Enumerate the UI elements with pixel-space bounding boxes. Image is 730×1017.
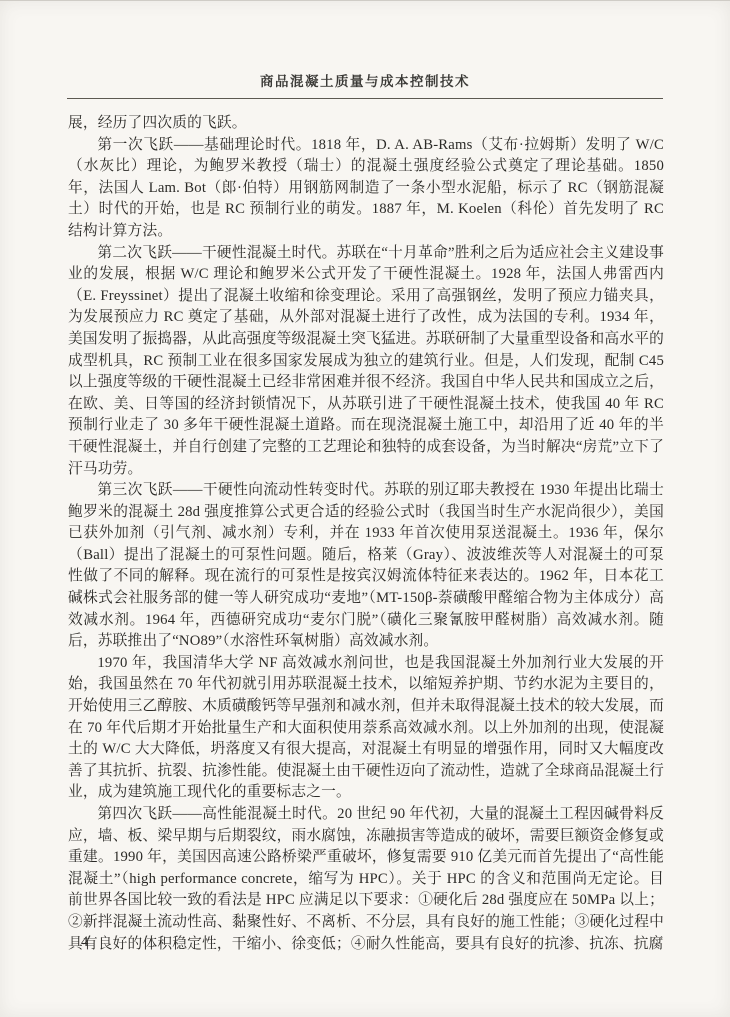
running-title: 商品混凝土质量与成本控制技术: [0, 70, 730, 90]
paragraph-second-leap: 第二次飞跃——干硬性混凝土时代。苏联在“十月革命”胜利之后为适应社会主义建设事业…: [68, 243, 664, 481]
paragraph-first-leap: 第一次飞跃——基础理论时代。1818 年，D. A. AB-Rams（艾布·拉姆…: [68, 135, 664, 243]
paragraph-fourth-leap: 第四次飞跃——高性能混凝土时代。20 世纪 90 年代初，大量的混凝土工程因碱骨…: [68, 804, 664, 955]
paragraph-third-leap: 第三次飞跃——干硬性向流动性转变时代。苏联的别辽耶夫教授在 1930 年提出比瑞…: [68, 480, 664, 653]
paragraph-admixture-development: 1970 年，我国清华大学 NF 高效减水剂问世，也是我国混凝土外加剂行业大发展…: [68, 653, 664, 804]
page-number: 4: [81, 934, 88, 951]
page-header: 商品混凝土质量与成本控制技术: [0, 1, 730, 99]
page-body: 展，经历了四次质的飞跃。 第一次飞跃——基础理论时代。1818 年，D. A. …: [68, 99, 664, 955]
document-page: 商品混凝土质量与成本控制技术 展，经历了四次质的飞跃。 第一次飞跃——基础理论时…: [0, 0, 730, 1017]
paragraph-continuation: 展，经历了四次质的飞跃。: [68, 113, 664, 135]
